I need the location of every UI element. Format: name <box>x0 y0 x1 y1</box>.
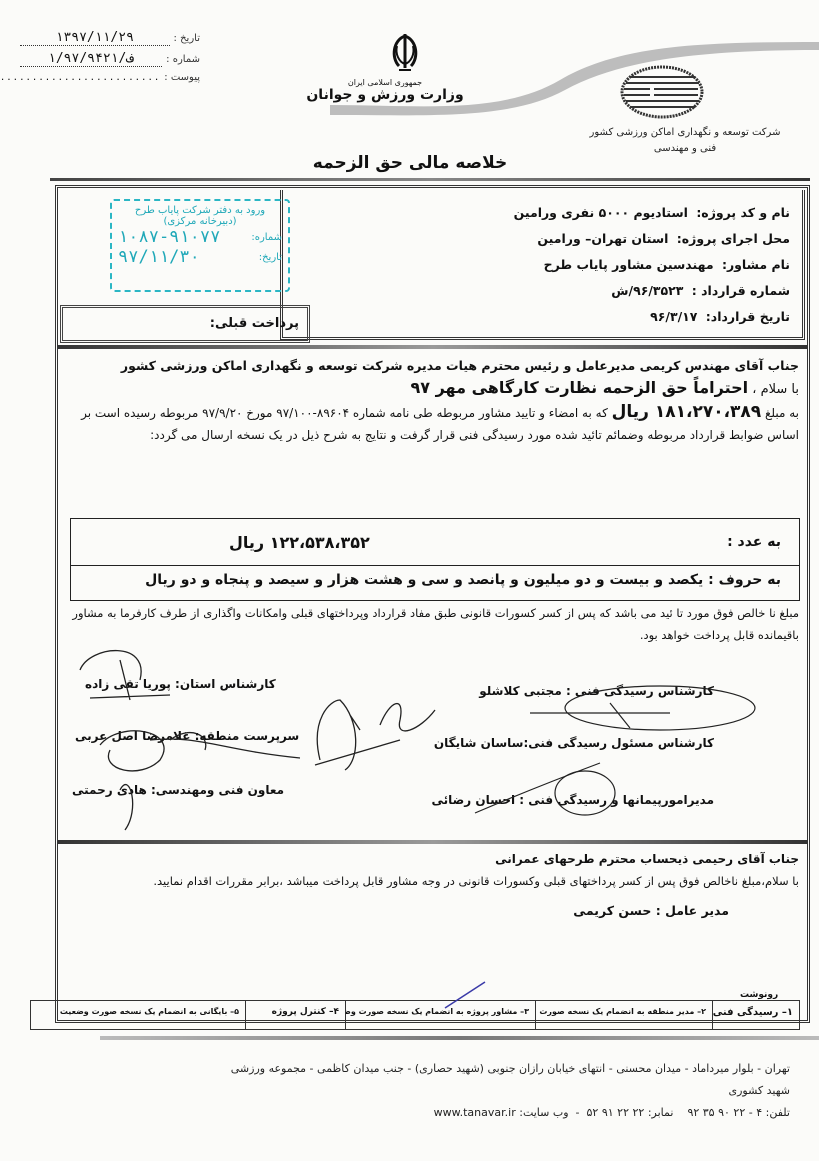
amount-prefix: به مبلغ <box>765 406 799 420</box>
country-name: جمهوری اسلامی ایران <box>300 78 470 87</box>
treasurer-letter-body: با سلام،مبلغ ناخالص فوق پس از کسر پرداخت… <box>66 870 799 892</box>
consultant-label: نام مشاور: <box>722 257 790 272</box>
consultant-value: مهندسین مشاور پایاب طرح <box>544 257 714 272</box>
words-total-label: به حروف : <box>708 572 781 588</box>
letter-addressee: جناب آقای مهندس کریمی مدیرعامل و رئیس مح… <box>66 355 799 377</box>
contract-number-label: شماره قرارداد : <box>692 283 790 298</box>
fax-number: ۲۲ ۲۲ ۹۱ ۵۲ <box>587 1106 645 1119</box>
website-label: وب سایت: <box>519 1106 568 1119</box>
stamp-number-value: ۱۰۸۷-۹۱۰۷۷ <box>118 227 220 247</box>
stamp-number-row: شماره: ۱۰۸۷-۹۱۰۷۷ <box>118 227 282 247</box>
ceo-name: حسن کریمی <box>573 903 651 918</box>
iran-emblem-icon <box>385 32 425 74</box>
ministry-block: جمهوری اسلامی ایران وزارت ورزش و جوانان <box>300 78 470 103</box>
ministry-name: وزارت ورزش و جوانان <box>300 87 470 103</box>
copy-item: ۵– بایگانی به انضمام یک نسخه صورت وضعیت <box>31 1001 245 1029</box>
project-location-label: محل اجرای پروژه: <box>677 231 790 246</box>
project-info-row: تاریخ قرارداد: ۹۶/۳/۱۷ <box>295 304 790 330</box>
copy-item: ۲– مدیر منطقه به انضمام یک نسخه صورت وضع… <box>535 1001 712 1029</box>
numeric-total-value: ۱۲۲،۵۳۸،۳۵۲ ریال <box>229 533 370 552</box>
letter-body: جناب آقای مهندس کریمی مدیرعامل و رئیس مح… <box>60 355 805 446</box>
stamp-line2: (دبیرخانه مرکزی) <box>118 216 282 227</box>
contract-date-value: ۹۶/۳/۱۷ <box>650 309 697 324</box>
stamp-date-row: تاریخ: ۹۷/۱۱/۳۰ <box>118 247 282 267</box>
footer-address: تهران - بلوار میرداماد - میدان محسنی - ا… <box>220 1058 790 1102</box>
gross-amount: ۱۸۱،۲۷۰،۳۸۹ ریال <box>612 402 762 422</box>
copy-item: ۴– کنترل پروژه <box>245 1001 345 1029</box>
previous-payment-label: پرداخت قبلی: <box>210 316 299 331</box>
numeric-total-box: به عدد : ۱۲۲،۵۳۸،۳۵۲ ریال <box>70 518 800 566</box>
stamp-line1: ورود به دفتر شرکت پایاب طرح <box>118 205 282 216</box>
section-divider <box>58 840 808 844</box>
stamp-date-label: تاریخ: <box>259 252 282 263</box>
ceo-title: مدیر عامل : <box>656 903 729 918</box>
project-info-row: نام مشاور: مهندسین مشاور پایاب طرح <box>295 252 790 278</box>
handwritten-signatures-left <box>60 640 440 850</box>
company-name: شرکت توسعه و نگهداری اماکن ورزشی کشور <box>560 125 810 141</box>
project-name-label: نام و کد پروژه: <box>696 205 790 220</box>
project-info-box: نام و کد پروژه: استادیوم ۵۰۰۰ نفری ورامی… <box>280 190 805 340</box>
footer-contact-line: تلفن: ۴ - ۲۲ ۹۰ ۳۵ ۹۲ نمابر: ۲۲ ۲۲ ۹۱ ۵۲… <box>220 1102 790 1124</box>
phone-label: تلفن: <box>766 1106 790 1119</box>
treasurer-letter: جناب آقای رحیمی ذیحساب محترم طرحهای عمرا… <box>60 848 805 922</box>
stamp-date-value: ۹۷/۱۱/۳۰ <box>118 247 200 267</box>
words-total-box: به حروف : یکصد و بیست و دو میلیون و پانص… <box>70 565 800 601</box>
letter-greeting: با سلام ، <box>752 382 799 397</box>
project-info-row: شماره قرارداد : ۹۶/۳۵۲۳/ش <box>295 278 790 304</box>
project-info-row: نام و کد پروژه: استادیوم ۵۰۰۰ نفری ورامی… <box>295 200 790 226</box>
pen-stroke <box>440 980 490 1010</box>
copies-label: رونوشت <box>740 990 778 1000</box>
stamp-number-label: شماره: <box>251 232 282 243</box>
project-info-row: محل اجرای پروژه: استان تهران– ورامین <box>295 226 790 252</box>
footer-divider <box>100 1036 819 1040</box>
letter-subject: احتراماً حق الزحمه نظارت کارگاهی مهر ۹۷ <box>410 378 748 397</box>
document-title: خلاصه مالی حق الزحمه <box>300 153 520 173</box>
letter-subject-line: با سلام ، احتراماً حق الزحمه نظارت کارگا… <box>66 377 799 401</box>
contract-date-label: تاریخ قرارداد: <box>706 309 790 324</box>
fax-label: نمابر: <box>648 1106 674 1119</box>
copy-item: ۱– رسیدگی فنی <box>712 1001 799 1029</box>
numeric-total-label: به عدد : <box>727 534 781 550</box>
contract-number-value: ۹۶/۳۵۲۳/ش <box>611 283 683 298</box>
footer-contact: تهران - بلوار میرداماد - میدان محسنی - ا… <box>220 1058 790 1124</box>
company-department: فنی و مهندسی <box>560 141 810 157</box>
receipt-stamp: ورود به دفتر شرکت پایاب طرح (دبیرخانه مر… <box>110 199 290 292</box>
ceo-signature-line: مدیر عامل : حسن کریمی <box>66 900 799 922</box>
company-name-block: شرکت توسعه و نگهداری اماکن ورزشی کشور فن… <box>560 125 810 157</box>
letter-paragraph: به مبلغ ۱۸۱،۲۷۰،۳۸۹ ریال که به امضاء و ت… <box>66 401 799 446</box>
handwritten-signatures-right <box>470 668 770 818</box>
project-location-value: استان تهران– ورامین <box>537 231 668 246</box>
title-divider <box>50 178 810 181</box>
treasurer-addressee: جناب آقای رحیمی ذیحساب محترم طرحهای عمرا… <box>66 848 799 870</box>
company-logo-icon <box>620 65 705 120</box>
copies-table: ۱– رسیدگی فنی ۲– مدیر منطقه به انضمام یک… <box>30 1000 800 1030</box>
phone-number: ۴ - ۲۲ ۹۰ ۳۵ ۹۲ <box>687 1106 762 1119</box>
website-link[interactable]: www.tanavar.ir <box>434 1106 516 1119</box>
words-total-value: یکصد و بیست و دو میلیون و پانصد و سی و ه… <box>145 572 703 588</box>
section-divider <box>58 345 808 349</box>
project-name-value: استادیوم ۵۰۰۰ نفری ورامین <box>514 205 688 220</box>
previous-payment-box: پرداخت قبلی: <box>60 305 310 343</box>
